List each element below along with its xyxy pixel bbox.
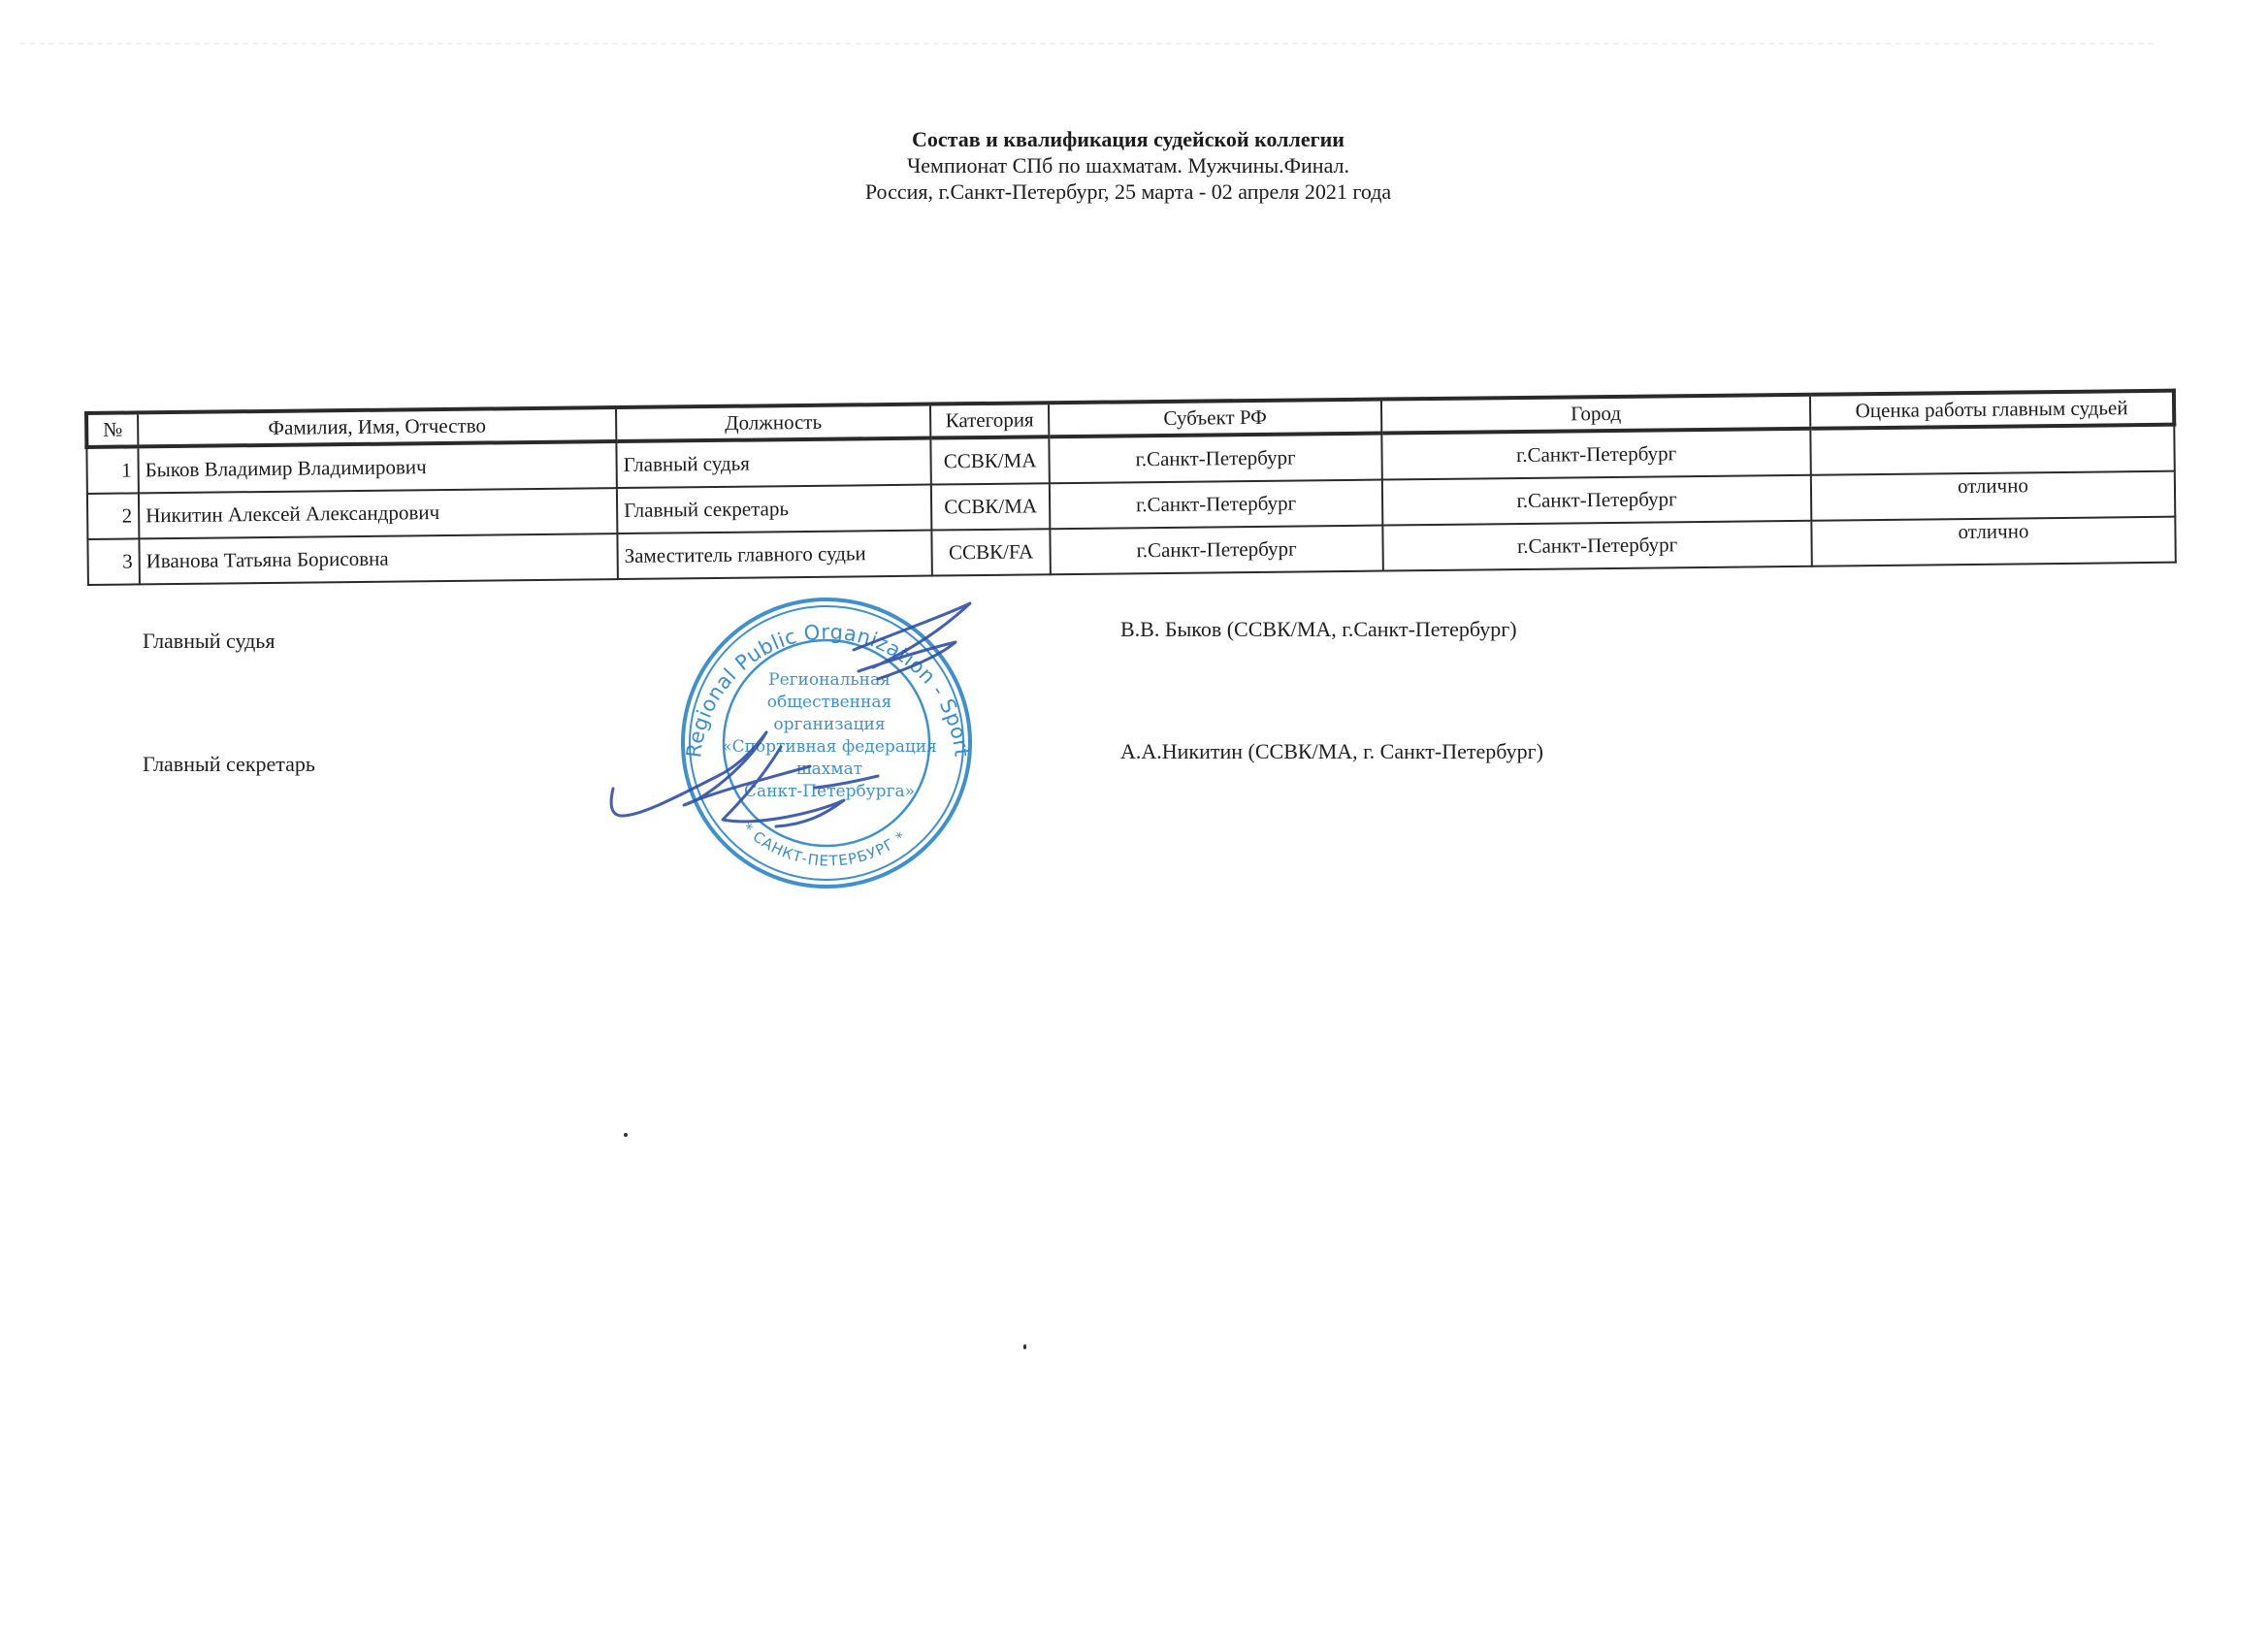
scan-noise [19,43,2154,45]
column-header-position: Должность [616,404,930,442]
judges-table-wrapper: № Фамилия, Имя, Отчество Должность Катег… [84,389,2174,586]
chief-judge-label: Главный судья [143,629,275,654]
cell-number: ·2 [87,493,140,539]
judges-table: № Фамилия, Имя, Отчество Должность Катег… [84,389,2178,586]
cell-region: г.Санкт-Петербург [1050,480,1382,530]
stamp-center-line-2: общественная [767,693,891,712]
stamp-center-line-3: организация [773,715,885,734]
official-stamp: Regional Public Organization - Sport Che… [582,582,1028,912]
cell-full-name: Иванова Татьяна Борисовна [139,533,617,584]
cell-city: г.Санкт-Петербург [1381,429,1810,480]
cell-number: 1 [86,446,139,494]
cell-number: 3 [87,538,140,585]
column-header-full-name: Фамилия, Имя, Отчество [138,407,616,446]
cell-full-name: Никитин Алексей Александрович [139,488,617,538]
chief-secretary-label: Главный секретарь [143,752,315,777]
document-header: Состав и квалификация судейской коллегии… [0,126,2268,205]
cell-city: г.Санкт-Петербург [1382,475,1811,526]
cell-number-value: 2 [122,503,133,527]
column-header-city: Город [1381,395,1810,434]
column-header-region: Субъект РФ [1049,400,1381,437]
cell-grade [1810,425,2174,475]
cell-position: Главный судья [616,438,931,489]
document-location-dates: Россия, г.Санкт-Петербург, 25 марта - 02… [0,178,2268,205]
column-header-category: Категория [930,403,1049,437]
chief-judge-name: В.В. Быков (ССВК/МА, г.Санкт-Петербург) [1120,617,1517,642]
cell-grade: отлично [1811,471,2175,521]
chief-secretary-name: А.А.Никитин (ССВК/МА, г. Санкт-Петербург… [1120,739,1543,764]
cell-category: ССВК/FA [931,529,1051,575]
cell-category: ССВК/МА [930,436,1050,484]
cell-grade: отлично [1811,517,2175,566]
column-header-number: № [86,412,138,447]
cell-full-name: Быков Владимир Владимирович [138,441,616,493]
column-header-grade: Оценка работы главным судьей [1810,391,2174,429]
document-subtitle: Чемпионат СПб по шахматам. Мужчины.Финал… [0,152,2268,178]
cell-region: г.Санкт-Петербург [1050,526,1382,575]
cell-position: Заместитель главного судьи [617,531,931,580]
document-title: Состав и квалификация судейской коллегии [0,126,2268,152]
cell-position: Главный секретарь [617,485,931,534]
stamp-center-line-5: шахмат [796,760,862,779]
scan-speck [1023,1344,1026,1349]
scan-speck [624,1133,628,1137]
cell-city: г.Санкт-Петербург [1382,521,1811,571]
cell-region: г.Санкт-Петербург [1049,434,1381,484]
cell-category: ССВК/МА [931,483,1051,530]
stamp-center-line-1: Региональная [768,670,891,690]
